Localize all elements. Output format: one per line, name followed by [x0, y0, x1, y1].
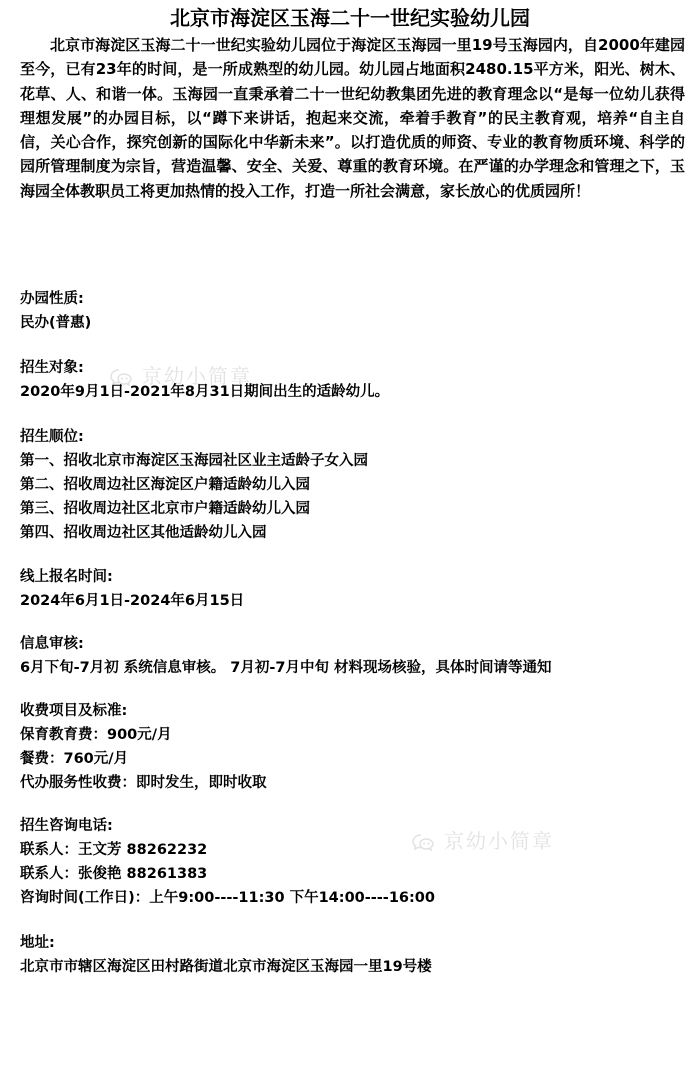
- section-line: 第二、招收周边社区海淀区户籍适龄幼儿入园: [20, 473, 680, 497]
- section-line: 咨询时间(工作日)：上午9:00----11:30 下午14:00----16:…: [20, 886, 680, 910]
- section-heading: 信息审核:: [20, 632, 680, 656]
- section-heading: 线上报名时间:: [20, 565, 680, 589]
- section-heading: 招生咨询电话:: [20, 814, 680, 838]
- section-heading: 招生对象:: [20, 356, 680, 380]
- section-enrollment-target: 招生对象: 2020年9月1日-2021年8月31日期间出生的适龄幼儿。: [20, 356, 680, 404]
- section-info-review: 信息审核: 6月下旬-7月初 系统信息审核。 7月初-7月中旬 材料现场核验，具…: [20, 632, 680, 680]
- section-heading: 地址:: [20, 931, 680, 955]
- section-heading: 招生顺位:: [20, 425, 680, 449]
- section-line: 第一、招收北京市海淀区玉海园社区业主适龄子女入园: [20, 449, 680, 473]
- section-line: 2020年9月1日-2021年8月31日期间出生的适龄幼儿。: [20, 380, 680, 404]
- section-line: 第四、招收周边社区其他适龄幼儿入园: [20, 521, 680, 545]
- section-fees: 收费项目及标准: 保育教育费：900元/月 餐费：760元/月 代办服务性收费：…: [20, 699, 680, 795]
- section-line: 2024年6月1日-2024年6月15日: [20, 589, 680, 613]
- section-line: 6月下旬-7月初 系统信息审核。 7月初-7月中旬 材料现场核验，具体时间请等通…: [20, 656, 680, 680]
- section-line: 代办服务性收费：即时发生，即时收取: [20, 771, 680, 795]
- section-line: 餐费：760元/月: [20, 747, 680, 771]
- section-kindergarten-type: 办园性质: 民办(普惠): [20, 287, 680, 335]
- section-line: 民办(普惠): [20, 311, 680, 335]
- section-line: 联系人：王文芳 88262232: [20, 838, 680, 862]
- document-page: 北京市海淀区玉海二十一世纪实验幼儿园 北京市海淀区玉海二十一世纪实验幼儿园位于海…: [0, 0, 700, 1065]
- section-heading: 收费项目及标准:: [20, 699, 680, 723]
- page-title: 北京市海淀区玉海二十一世纪实验幼儿园: [0, 4, 700, 32]
- section-line: 联系人：张俊艳 88261383: [20, 862, 680, 886]
- section-enrollment-priority: 招生顺位: 第一、招收北京市海淀区玉海园社区业主适龄子女入园 第二、招收周边社区…: [20, 425, 680, 545]
- section-line: 第三、招收周边社区北京市户籍适龄幼儿入园: [20, 497, 680, 521]
- intro-paragraph: 北京市海淀区玉海二十一世纪实验幼儿园位于海淀区玉海园一里19号玉海园内，自200…: [20, 33, 685, 203]
- section-heading: 办园性质:: [20, 287, 680, 311]
- section-online-registration: 线上报名时间: 2024年6月1日-2024年6月15日: [20, 565, 680, 613]
- section-contact: 招生咨询电话: 联系人：王文芳 88262232 联系人：张俊艳 8826138…: [20, 814, 680, 910]
- section-line: 保育教育费：900元/月: [20, 723, 680, 747]
- section-address: 地址: 北京市市辖区海淀区田村路街道北京市海淀区玉海园一里19号楼: [20, 931, 680, 979]
- section-line: 北京市市辖区海淀区田村路街道北京市海淀区玉海园一里19号楼: [20, 955, 680, 979]
